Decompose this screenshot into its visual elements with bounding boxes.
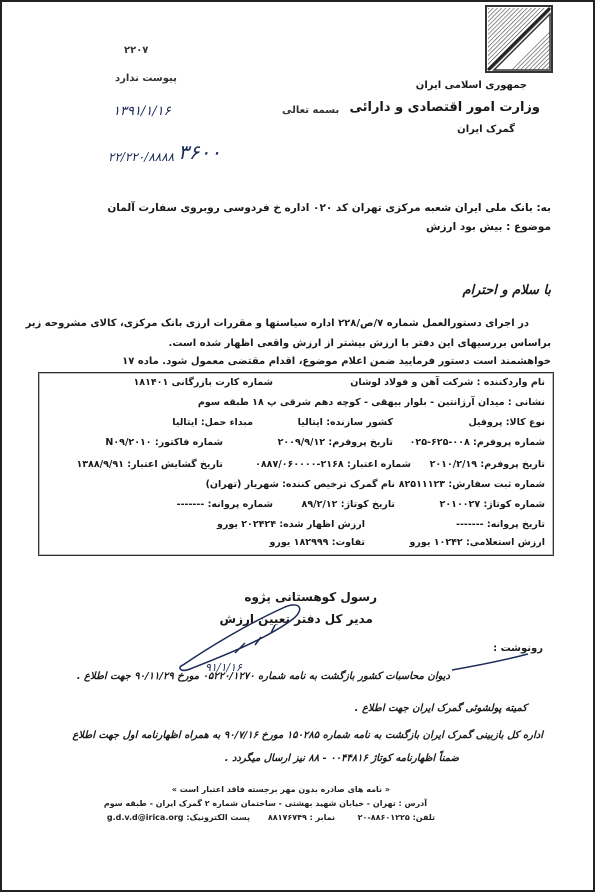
table-cell-address: نشانی : میدان آرژانتین - بلوار بیهقی - ک… [198, 397, 545, 408]
table-cell-credit-open-date: تاریخ گشایش اعتبار: ۱۳۸۸/۹/۹۱ [76, 459, 223, 470]
letterhead-org: گمرک ایران [457, 124, 515, 135]
table-cell-kootaj-date: تاریخ کوتاژ: ۸۹/۲/۱۲ [302, 499, 395, 510]
table-cell-declared-value: ارزش اظهار شده: ۲۰۲۴۲۴ یورو [217, 519, 365, 530]
table-cell-proforma-date: تاریخ پروفرم: ۲۰۰۹/۹/۱۲ [278, 437, 393, 448]
table-cell-kootaj-number: شماره کوتاژ: ۲۰۱۰۰۲۷ [440, 499, 545, 510]
table-cell-license-number: شماره پروانه: ------- [177, 499, 273, 510]
footer-address: آدرس : تهران - خیابان شهید بهشتی - ساختم… [104, 799, 427, 808]
body-paragraph-line-3: خواهشمند است دستور فرمایید ضمن اعلام موض… [122, 356, 551, 367]
table-cell-license-date: تاریخ پروانه: ------- [456, 519, 545, 530]
table-cell-difference: تفاوت: ۱۸۲۹۹۹ یورو [269, 537, 365, 548]
handwritten-signature-icon: ۹۱/۱/۱۶ [175, 595, 325, 675]
copy-recipient-3: اداره کل بازبینی گمرک ایران بازگشت به نا… [72, 730, 543, 741]
addressee-line: به: بانک ملی ایران شعبه مرکزی تهران کد ۰… [107, 202, 551, 214]
letterhead-country: جمهوری اسلامی ایران [416, 80, 527, 91]
body-paragraph-line-2: براساس بررسیهای این دفتر با ارزش بیشتر ا… [169, 338, 551, 349]
footer-notice: « نامه های صادره بدون مهر برجسته فاقد اع… [172, 785, 390, 794]
table-cell-proforma-date-2: تاریخ پروفرم: ۲۰۱۰/۲/۱۹ [430, 459, 545, 470]
letter-number: ۲۲۰۷ [124, 45, 148, 56]
subject-line: موضوع : بیش بود ارزش [426, 221, 551, 233]
footer-email: پست الکترونیک: g.d.v.d@irica.org [107, 813, 250, 822]
table-cell-customs-office: نام گمرک ترخیص کننده: شهریار (تهران) [206, 479, 395, 490]
customs-emblem-icon [484, 4, 554, 74]
table-cell-origin-country: کشور سازنده: ایتالیا [298, 417, 393, 428]
letterhead-ministry: وزارت امور اقتصادی و دارائی [349, 100, 540, 115]
copy-recipient-2: کمیته پولشوئی گمرک ایران جهت اطلاع . [355, 703, 527, 714]
footer-fax: نمابر : ۸۸۱۷۶۷۴۹ [268, 813, 335, 822]
table-cell-invoice-number: شماره فاکتور: N۰۹/۲۰۱۰ [105, 437, 223, 448]
handwritten-stroke-icon [450, 652, 530, 672]
copy-recipient-3-note: ضمناً اظهارنامه کوتاژ ۰۰۴۴۸۱۶ - ۸۸ نیز ا… [225, 753, 459, 764]
salutation: با سلام و احترام [462, 283, 551, 298]
reference-number: ۲۲/۲۲۰/۸۸۸۸ [108, 150, 174, 164]
footer-phone: تلفن: ۸۸۶۰۱۲۲۵-۲۰ [358, 813, 435, 822]
invocation: بسمه تعالی [282, 105, 339, 116]
letter-date: ۱۳۹۱/۱/۱۶ [113, 104, 171, 119]
table-cell-inquired-value: ارزش استعلامی: ۱۰۲۴۲ یورو [410, 537, 545, 548]
attachment-label: پیوست ندارد [115, 73, 177, 84]
copy-recipient-1: دیوان محاسبات کشور بازگشت به نامه شماره … [77, 671, 450, 682]
table-cell-proforma-number: شماره پروفرم: ۰۰۸-۶۲۵-۰۲۵ [410, 437, 545, 448]
table-cell-importer: نام واردکننده : شرکت آهن و فولاد لوشان [350, 377, 545, 388]
table-cell-credit-number: شماره اعتبار: ۲۱۶۸-۰۸۸۷/۰۶۰۰۰۰ [255, 459, 411, 470]
table-cell-commercial-card: شماره کارت بازرگانی ۱۸۱۴۰۱ [133, 377, 273, 388]
table-cell-shipping-origin: مبداء حمل: ایتالیا [172, 417, 253, 428]
handwritten-number: ۳۶۰۰ [178, 140, 221, 164]
details-table: نام واردکننده : شرکت آهن و فولاد لوشان ش… [38, 372, 554, 556]
body-paragraph-line-1: در اجرای دستورالعمل شماره ۷/ص/۲۲۸ اداره … [26, 318, 529, 329]
table-cell-goods-type: نوع کالا: پروفیل [468, 417, 545, 428]
table-cell-order-registration: شماره ثبت سفارش: ۸۲۵۱۱۱۲۳ [399, 479, 545, 490]
